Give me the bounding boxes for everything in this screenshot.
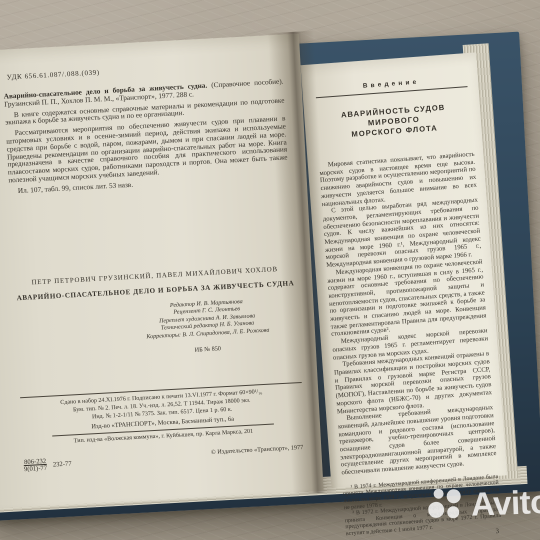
body-paragraph: С этой целью выработан ряд международных… [322,197,482,270]
book-left-page: УДК 656.61.087/.088.(039) Аварийно-спаса… [0,34,324,509]
photo-background: УДК 656.61.087/.088.(039) Аварийно-спаса… [0,0,540,540]
avito-watermark: Avito [427,484,540,524]
book-right-page: Введение АВАРИЙНОСТЬ СУДОВ МИРОВОГО МОРС… [301,52,508,488]
open-book: УДК 656.61.087/.088.(039) Аварийно-спаса… [0,13,540,540]
body-text: Мировая статистика показывает, что авари… [319,151,498,477]
index-fraction: 806-232 9(01)-77 232-77 [23,457,71,474]
credits-block: Редактор И. В. Мартьянова Рецензент Г. С… [111,295,303,343]
ib-number: ИБ № 850 [138,342,278,357]
colophon-block: Сдано в набор 24.XI.1976 г. Подписано к … [20,379,306,473]
avito-wordmark: Avito [470,484,540,523]
avito-logo-icon [427,487,464,524]
udk-line: УДК 656.61.087/.088.(039) [7,58,285,81]
body-paragraph: Международная конвенция по охране челове… [327,258,488,339]
chapter-title: АВАРИЙНОСТЬ СУДОВ МИРОВОГО МОРСКОГО ФЛОТ… [315,101,473,142]
chapter-title-line: МОРСКОГО ФЛОТА [351,123,438,138]
index-denominator: 9(01)-77 [24,464,47,473]
body-paragraph: Выполнение требований международных конв… [337,404,497,477]
index-code: 232-77 [53,460,72,468]
running-head: Введение [313,75,469,93]
annotation-block: Аварийно-спасательное дело и борьба за ж… [4,79,289,197]
copyright-line: © Издательство «Транспорт», 1977 [211,444,304,456]
